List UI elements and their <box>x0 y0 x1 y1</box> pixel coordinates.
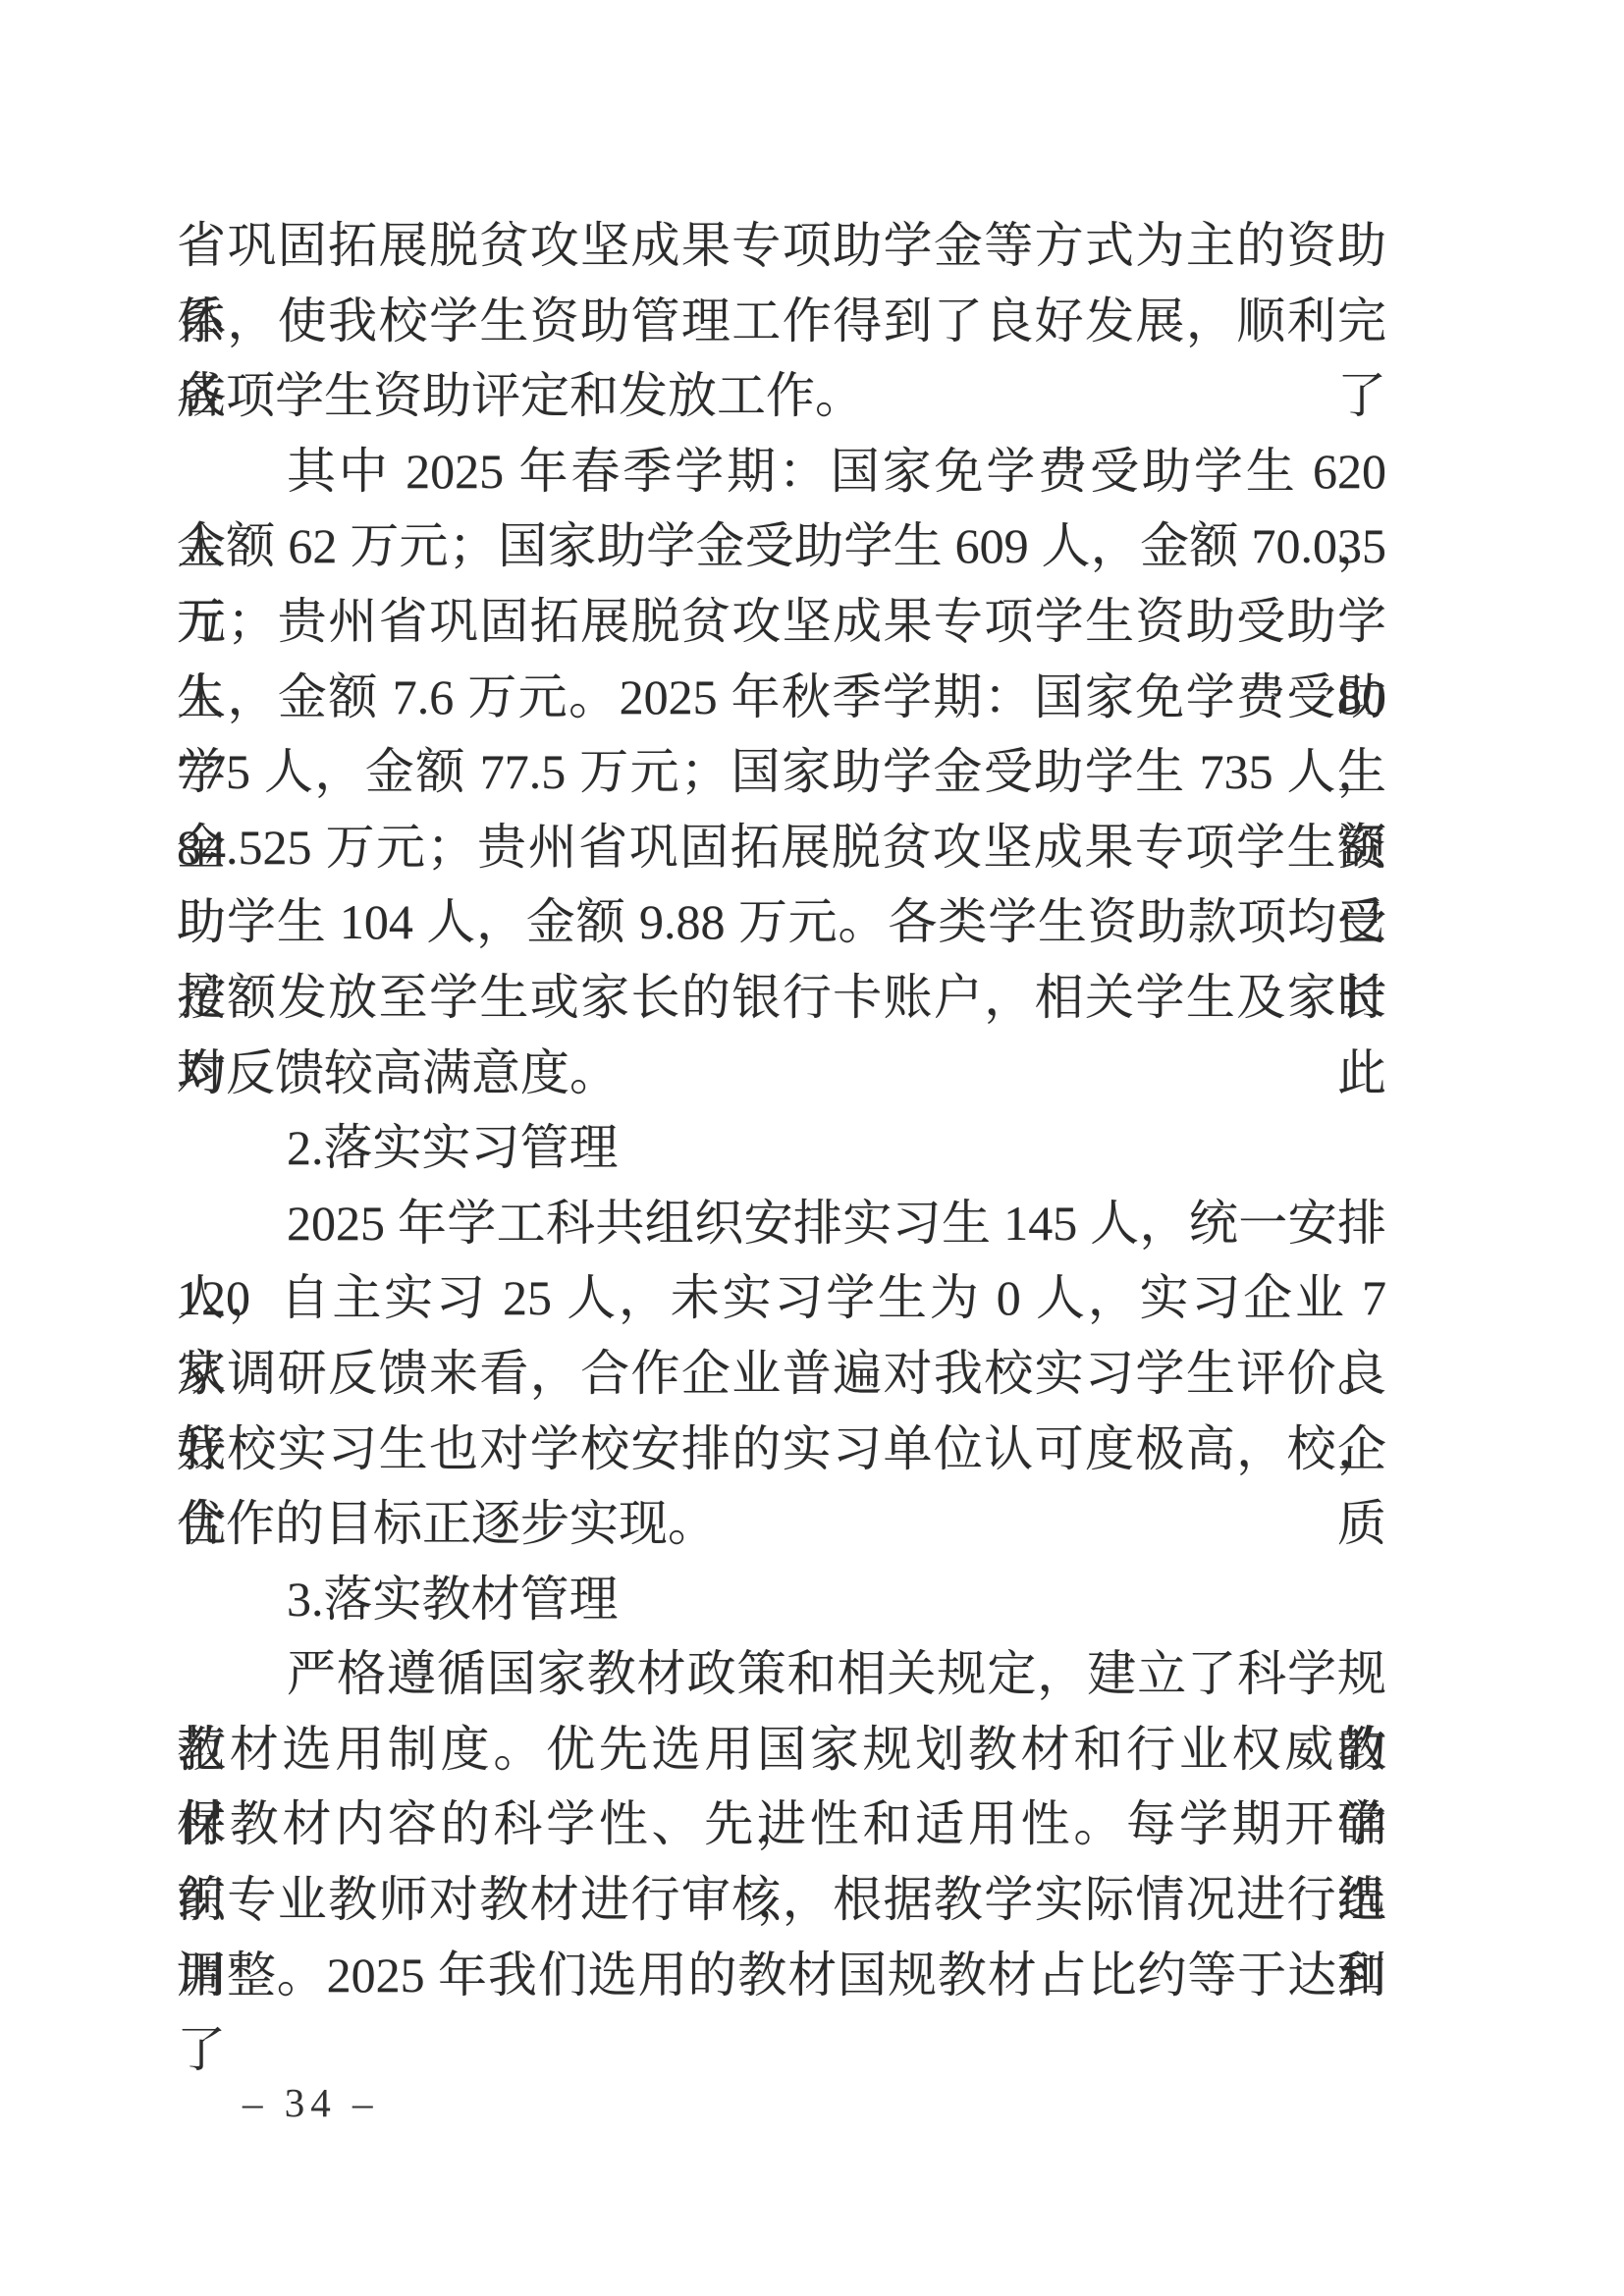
text-line: 助学生 104 人，金额 9.88 万元。各类学生资助款项均已按时 <box>177 884 1386 960</box>
text-line: 保教材内容的科学性、先进性和适用性。每学期开学前，组 <box>177 1787 1386 1862</box>
document-page: 省巩固拓展脱贫攻坚成果专项助学金等方式为主的资助体 系，使我校学生资助管理工作得… <box>0 0 1624 2296</box>
section-heading-2: 2.落实实习管理 <box>177 1110 1386 1186</box>
text-line: 织专业教师对教材进行审核，根据教学实际情况进行选用和 <box>177 1862 1386 1938</box>
text-line: 775 人，金额 77.5 万元；国家助学金受助学生 735 人，金额 <box>177 734 1386 810</box>
text-line: 省巩固拓展脱贫攻坚成果专项助学金等方式为主的资助体 <box>177 208 1386 284</box>
text-line: 人，自主实习 25 人，未实习学生为 0 人，实习企业 7 家。 <box>177 1260 1386 1336</box>
text-line: 系，使我校学生资助管理工作得到了良好发展，顺利完成了 <box>177 284 1386 359</box>
text-line: 我校实习生也对学校安排的实习单位认可度极高，校企优质 <box>177 1412 1386 1487</box>
text-line: 足额发放至学生或家长的银行卡账户，相关学生及家长对此 <box>177 960 1386 1036</box>
section-heading-3: 3.落实教材管理 <box>177 1562 1386 1637</box>
text-line: 2025 年学工科共组织安排实习生 145 人，统一安排 120 <box>177 1186 1386 1261</box>
body-text: 省巩固拓展脱贫攻坚成果专项助学金等方式为主的资助体 系，使我校学生资助管理工作得… <box>177 208 1386 2012</box>
text-line: 其中 2025 年春季学期：国家免学费受助学生 620 人， <box>177 434 1386 509</box>
page-number: – 34 – <box>243 2073 379 2132</box>
text-line: 从调研反馈来看，合作企业普遍对我校实习学生评价良好， <box>177 1336 1386 1412</box>
text-line: 调整。2025 年我们选用的教材国规教材占比约等于达到了 <box>177 1938 1386 2013</box>
text-line: 严格遵循国家教材政策和相关规定，建立了科学规范的 <box>177 1636 1386 1712</box>
text-line: 人，金额 7.6 万元。2025 年秋季学期：国家免学费受助学生 <box>177 660 1386 735</box>
text-line: 元；贵州省巩固拓展脱贫攻坚成果专项学生资助受助学生 80 <box>177 584 1386 660</box>
text-line: 教材选用制度。优先选用国家规划教材和行业权威教材，确 <box>177 1712 1386 1788</box>
text-line: 金额 62 万元；国家助学金受助学生 609 人，金额 70.035 万 <box>177 508 1386 584</box>
text-line: 84.525 万元；贵州省巩固拓展脱贫攻坚成果专项学生资助受 <box>177 810 1386 885</box>
